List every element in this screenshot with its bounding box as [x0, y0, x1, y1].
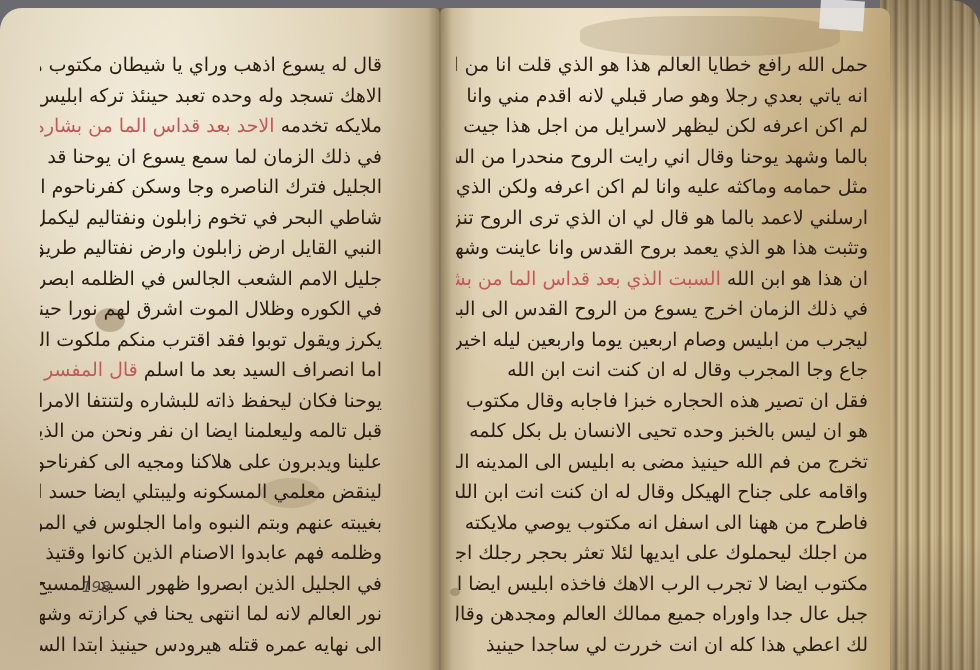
manuscript-line: في الكوره وظلال الموت اشرق لهم نورا حيني… — [40, 294, 382, 325]
manuscript-line: في ذلك الزمان اخرج يسوع من الروح القدس ا… — [456, 294, 868, 325]
line-text: مثل حمامه وماكثه عليه وانا لم اكن اعرفه … — [456, 176, 868, 198]
line-text: شاطي البحر في تخوم زابلون ونفتاليم ليكمل… — [40, 207, 382, 229]
manuscript-line: الاهك تسجد وله وحده تعبد حينئذ تركه ابلي… — [40, 81, 382, 112]
manuscript-line: شاطي البحر في تخوم زابلون ونفتاليم ليكمل… — [40, 203, 382, 234]
manuscript-line: انه ياتي بعدي رجلا وهو صار قبلي لانه اقد… — [456, 81, 868, 112]
manuscript-line: ارسلني لاعمد بالما هو قال لي ان الذي ترى… — [456, 203, 868, 234]
line-text: بغيبته عنهم وبتم النبوه واما الجلوس في ا… — [40, 512, 382, 534]
line-text: قبل تالمه وليعلمنا ايضا ان نفر ونحن من ا… — [40, 420, 382, 442]
line-text: لينقض معلمي المسكونه وليبتلي ايضا حسد ال… — [40, 481, 382, 503]
line-text: انه ياتي بعدي رجلا وهو صار قبلي لانه اقد… — [466, 85, 868, 107]
folio-number: 198 — [82, 578, 111, 596]
line-text: ليجرب من ابليس وصام اربعين يوما واربعين … — [456, 329, 868, 351]
rubric-heading: قال المفسر — [44, 359, 144, 381]
manuscript-line: مثل حمامه وماكثه عليه وانا لم اكن اعرفه … — [456, 172, 868, 203]
line-text: النبي القايل ارض زابلون وارض نفتاليم طري… — [40, 237, 382, 259]
line-text: وظلمه فهم عابدوا الاصنام الذين كانوا وقت… — [40, 542, 382, 564]
line-text: لك اعطي هذا كله ان انت خررت لي ساجدا حين… — [486, 634, 868, 656]
paper-tab-marker — [819, 0, 865, 31]
manuscript-line: وتثبت هذا هو الذي يعمد بروح القدس وانا ع… — [456, 233, 868, 264]
left-page-text: قال له يسوع اذهب وراي يا شيطان مكتوب هو … — [40, 50, 382, 660]
manuscript-line: لم اكن اعرفه لكن ليظهر لاسرايل من اجل هذ… — [456, 111, 868, 142]
line-text: في الكوره وظلال الموت اشرق لهم نورا حيني… — [40, 298, 382, 320]
line-text: في ذلك الزمان اخرج يسوع من الروح القدس ا… — [456, 298, 868, 320]
line-text: يوحنا فكان ليحفظ ذاته للبشاره ولتنتفا ال… — [40, 390, 382, 412]
line-text: ان هذا هو ابن الله — [727, 268, 868, 290]
manuscript-line: نور العالم لانه لما انتهى يحنا في كرازته… — [40, 599, 382, 630]
manuscript-line: تخرج من فم الله حينيذ مضى به ابليس الى ا… — [456, 447, 868, 478]
right-page-text: حمل الله رافع خطايا العالم هذا هو الذي ق… — [456, 50, 868, 660]
manuscript-line: جليل الامم الشعب الجالس في الظلمه ابصر ن… — [40, 264, 382, 295]
line-text: قال له يسوع اذهب وراي يا شيطان مكتوب هو … — [40, 54, 382, 76]
manuscript-line: واقامه على جناح الهيكل وقال له ان كنت ان… — [456, 477, 868, 508]
manuscript-line: اما انصراف السيد بعد ما اسلم قال المفسر — [40, 355, 382, 386]
manuscript-line: ان هذا هو ابن الله السبت الذي بعد قداس ا… — [456, 264, 868, 295]
manuscript-photo: قال له يسوع اذهب وراي يا شيطان مكتوب هو … — [0, 0, 980, 670]
line-text: الاهك تسجد وله وحده تعبد حينئذ تركه ابلي… — [40, 85, 382, 107]
manuscript-line: قال له يسوع اذهب وراي يا شيطان مكتوب هو … — [40, 50, 382, 81]
line-text: هو ان ليس بالخبز وحده تحيى الانسان بل بك… — [469, 420, 868, 442]
line-text: من اجلك ليحملوك على ايديها لئلا تعثر بحج… — [456, 542, 868, 564]
manuscript-line: فاطرح من ههنا الى اسفل انه مكتوب يوصي مل… — [456, 508, 868, 539]
line-text: ارسلني لاعمد بالما هو قال لي ان الذي ترى… — [456, 207, 868, 229]
manuscript-line: في ذلك الزمان لما سمع يسوع ان يوحنا قد ا… — [40, 142, 382, 173]
line-text: حمل الله رافع خطايا العالم هذا هو الذي ق… — [456, 54, 868, 76]
book-gutter — [428, 8, 452, 670]
line-text: مكتوب ايضا لا تجرب الرب الاهك فاخذه ابلي… — [456, 573, 868, 595]
manuscript-line: لينقض معلمي المسكونه وليبتلي ايضا حسد ال… — [40, 477, 382, 508]
rubric-heading: السبت الذي بعد قداس الما من بشاره متى — [456, 268, 727, 290]
line-text: وتثبت هذا هو الذي يعمد بروح القدس وانا ع… — [456, 237, 868, 259]
manuscript-line: هو ان ليس بالخبز وحده تحيى الانسان بل بك… — [456, 416, 868, 447]
line-text: تخرج من فم الله حينيذ مضى به ابليس الى ا… — [456, 451, 868, 473]
line-text: علينا ويدبرون على هلاكنا ومجيه الى كفرنا… — [40, 451, 382, 473]
line-text: جليل الامم الشعب الجالس في الظلمه ابصر ن… — [40, 268, 382, 290]
manuscript-line: وظلمه فهم عابدوا الاصنام الذين كانوا وقت… — [40, 538, 382, 569]
manuscript-line: جاع وجا المجرب وقال له ان كنت انت ابن ال… — [456, 355, 868, 386]
manuscript-line: بالما وشهد يوحنا وقال اني رايت الروح منح… — [456, 142, 868, 173]
manuscript-line: قبل تالمه وليعلمنا ايضا ان نفر ونحن من ا… — [40, 416, 382, 447]
manuscript-line: يكرز ويقول توبوا فقد اقترب منكم ملكوت ال… — [40, 325, 382, 356]
page-fore-edge — [880, 0, 980, 670]
manuscript-line: النبي القايل ارض زابلون وارض نفتاليم طري… — [40, 233, 382, 264]
manuscript-line: الجليل فترك الناصره وجا وسكن كفرناحوم ال… — [40, 172, 382, 203]
manuscript-line: حمل الله رافع خطايا العالم هذا هو الذي ق… — [456, 50, 868, 81]
manuscript-line: علينا ويدبرون على هلاكنا ومجيه الى كفرنا… — [40, 447, 382, 478]
line-text: الجليل فترك الناصره وجا وسكن كفرناحوم ال… — [40, 176, 382, 198]
manuscript-line: ليجرب من ابليس وصام اربعين يوما واربعين … — [456, 325, 868, 356]
line-text: جبل عال جدا واوراه جميع ممالك العالم ومج… — [456, 603, 868, 625]
manuscript-line: من اجلك ليحملوك على ايديها لئلا تعثر بحج… — [456, 538, 868, 569]
line-text: نور العالم لانه لما انتهى يحنا في كرازته… — [40, 603, 382, 625]
rubric-heading: الاحد بعد قداس الما من بشاره متى — [40, 115, 281, 137]
manuscript-line: فقل ان تصير هذه الحجاره خبزا فاجابه وقال… — [456, 386, 868, 417]
line-text: فقل ان تصير هذه الحجاره خبزا فاجابه وقال… — [466, 390, 868, 412]
line-text: جاع وجا المجرب وقال له ان كنت انت ابن ال… — [507, 359, 868, 381]
manuscript-line: جبل عال جدا واوراه جميع ممالك العالم ومج… — [456, 599, 868, 630]
line-text: لم اكن اعرفه لكن ليظهر لاسرايل من اجل هذ… — [456, 115, 868, 137]
manuscript-line: ملايكه تخدمه الاحد بعد قداس الما من بشار… — [40, 111, 382, 142]
manuscript-line: مكتوب ايضا لا تجرب الرب الاهك فاخذه ابلي… — [456, 569, 868, 600]
manuscript-line: بغيبته عنهم وبتم النبوه واما الجلوس في ا… — [40, 508, 382, 539]
line-text: اما انصراف السيد بعد ما اسلم — [144, 359, 382, 381]
line-text: يكرز ويقول توبوا فقد اقترب منكم ملكوت ال… — [40, 329, 382, 351]
line-text: واقامه على جناح الهيكل وقال له ان كنت ان… — [456, 481, 868, 503]
line-text: الى نهايه عمره قتله هيرودس حينيذ ابتدا ا… — [40, 634, 382, 656]
line-text: بالما وشهد يوحنا وقال اني رايت الروح منح… — [456, 146, 868, 168]
manuscript-line: الى نهايه عمره قتله هيرودس حينيذ ابتدا ا… — [40, 630, 382, 661]
line-text: في ذلك الزمان لما سمع يسوع ان يوحنا قد ا… — [40, 146, 382, 168]
manuscript-line: يوحنا فكان ليحفظ ذاته للبشاره ولتنتفا ال… — [40, 386, 382, 417]
line-text: ملايكه تخدمه — [281, 115, 382, 137]
line-text: فاطرح من ههنا الى اسفل انه مكتوب يوصي مل… — [465, 512, 868, 534]
manuscript-line: لك اعطي هذا كله ان انت خررت لي ساجدا حين… — [456, 630, 868, 661]
